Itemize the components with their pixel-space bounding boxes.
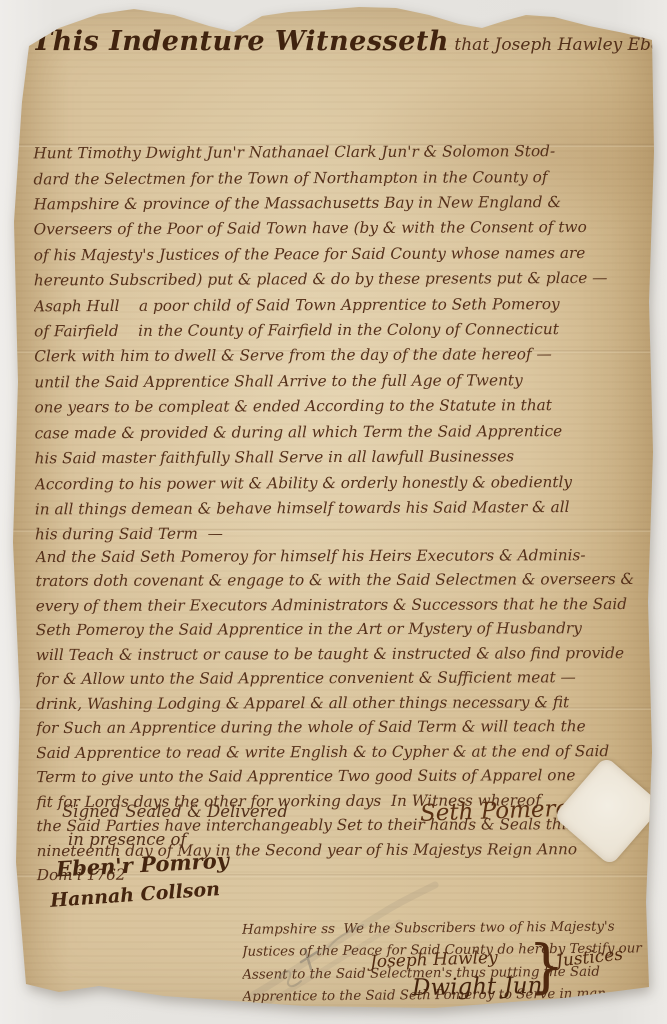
manuscript-line: hereunto Subscribed) put & placed & do b…: [34, 266, 656, 294]
heading-line: This Indenture Witnesseth that Joseph Ha…: [32, 26, 661, 57]
manuscript-line: Said Apprentice to read & write English …: [36, 738, 658, 765]
manuscript-line: of Fairfield in the County of Fairfield …: [34, 317, 656, 345]
opening-words: This Indenture Witnesseth: [32, 26, 449, 57]
manuscript-line: one years to be compleat & ended Accordi…: [34, 393, 656, 421]
presence-line: in presence of: [68, 830, 187, 849]
manuscript-line: trators doth covenant & engage to & with…: [36, 567, 658, 594]
manuscript-line: Hunt Timothy Dwight Jun'r Nathanael Clar…: [33, 139, 655, 167]
attestation-line: ner as aforesaid Given under our hands: [243, 1006, 657, 1020]
manuscript-line: will Teach & instruct or cause to be tau…: [36, 640, 658, 667]
manuscript-line: until the Said Apprentice Shall Arrive t…: [34, 368, 656, 396]
manuscript-line: Overseers of the Poor of Said Town have …: [34, 215, 656, 243]
manuscript-line: of his Majesty's Justices of the Peace f…: [34, 240, 656, 268]
manuscript-page: This Indenture Witnesseth that Joseph Ha…: [4, 2, 661, 1020]
manuscript-line: Clerk with him to dwell & Serve from the…: [34, 342, 656, 370]
manuscript-line: for & Allow unto the Said Apprentice con…: [36, 665, 658, 692]
manuscript-line: Seth Pomeroy the Said Apprentice in the …: [36, 616, 658, 643]
manuscript-line: Term to give unto the Said Apprentice Tw…: [36, 763, 658, 790]
manuscript-line: for Such an Apprentice during the whole …: [36, 714, 658, 741]
manuscript-line: And the Said Seth Pomeroy for himself hi…: [36, 542, 658, 569]
manuscript-line: his Said master faithfully Shall Serve i…: [35, 444, 657, 472]
manuscript-line: drink, Washing Lodging & Apparel & all o…: [36, 689, 658, 716]
manuscript-line: Asaph Hull a poor child of Said Town App…: [34, 291, 656, 319]
manuscript-line: case made & provided & during all which …: [35, 418, 657, 446]
manuscript-line: Hampshire & province of the Massachusett…: [34, 190, 656, 218]
pencil-inscription: [239, 867, 469, 1017]
paper-sheet: This Indenture Witnesseth that Joseph Ha…: [4, 2, 661, 1020]
manuscript-line: dard the Selectmen for the Town of North…: [33, 164, 655, 192]
heading-continuation: that Joseph Hawley Ebenezer: [449, 35, 661, 55]
signed-sealed-line: Signed Sealed & Delivered: [62, 802, 288, 821]
manuscript-line: every of them their Executors Administra…: [36, 591, 658, 618]
